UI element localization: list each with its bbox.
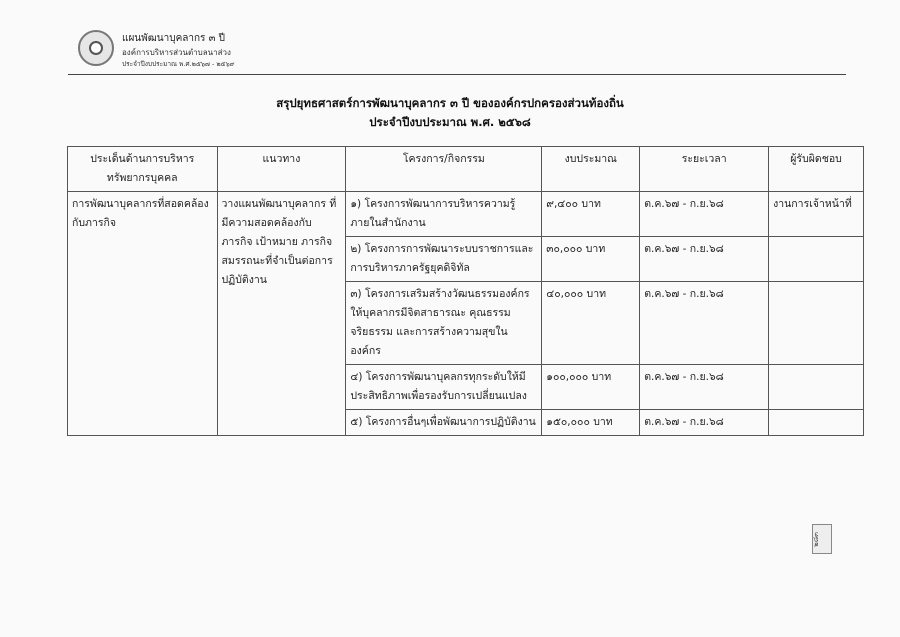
- document-title: สรุปยุทธศาสตร์การพัฒนาบุคลากร ๓ ปี ขององ…: [0, 95, 900, 113]
- plan-name: แผนพัฒนาบุคลากร ๓ ปี: [122, 31, 225, 46]
- budget-cell: ๑๕๐,๐๐๐ บาท: [542, 410, 640, 436]
- document-subtitle: ประจำปีงบประมาณ พ.ศ. ๒๕๖๘: [0, 114, 900, 132]
- project-cell: ๑) โครงการพัฒนาการบริหารความรู้ภายในสำนั…: [346, 192, 542, 237]
- period-cell: ต.ค.๖๗ - ก.ย.๖๘: [640, 365, 769, 410]
- organization-name: องค์การบริหารส่วนตำบลนาส่วง: [122, 46, 231, 59]
- responsible-cell: [769, 237, 864, 282]
- strategy-table: ประเด็นด้านการบริหารทรัพยากรบุคคล แนวทาง…: [67, 146, 864, 436]
- budget-cell: ๙,๔๐๐ บาท: [542, 192, 640, 237]
- organization-seal-icon: [78, 30, 114, 66]
- page-number: ๒๘๓: [811, 532, 822, 547]
- project-cell: ๕) โครงการอื่นๆเพื่อพัฒนาการปฏิบัติงาน: [346, 410, 542, 436]
- header-budget: งบประมาณ: [542, 147, 640, 192]
- header-period: ระยะเวลา: [640, 147, 769, 192]
- header-project: โครงการ/กิจกรรม: [346, 147, 542, 192]
- project-cell: ๒) โครงการการพัฒนาระบบราชการและการบริหาร…: [346, 237, 542, 282]
- fiscal-year-range: ประจำปีงบประมาณ พ.ศ.๒๕๖๗ - ๒๕๖๙: [122, 59, 234, 69]
- budget-cell: ๓๐,๐๐๐ บาท: [542, 237, 640, 282]
- header-responsible: ผู้รับผิดชอบ: [769, 147, 864, 192]
- project-cell: ๔) โครงการพัฒนาบุคลกรทุกระดับให้มีประสิท…: [346, 365, 542, 410]
- responsible-cell: งานการเจ้าหน้าที่: [769, 192, 864, 237]
- table-header-row: ประเด็นด้านการบริหารทรัพยากรบุคคล แนวทาง…: [68, 147, 864, 192]
- budget-cell: ๑๐๐,๐๐๐ บาท: [542, 365, 640, 410]
- period-cell: ต.ค.๖๗ - ก.ย.๖๘: [640, 282, 769, 365]
- responsible-cell: [769, 365, 864, 410]
- responsible-cell: [769, 282, 864, 365]
- header-approach: แนวทาง: [217, 147, 346, 192]
- approach-cell: วางแผนพัฒนาบุคลากร ที่มีความสอดคล้องกับภ…: [217, 192, 346, 436]
- header-issue: ประเด็นด้านการบริหารทรัพยากรบุคคล: [68, 147, 218, 192]
- project-cell: ๓) โครงการเสริมสร้างวัฒนธรรมองค์กรให้บุค…: [346, 282, 542, 365]
- budget-cell: ๔๐,๐๐๐ บาท: [542, 282, 640, 365]
- period-cell: ต.ค.๖๗ - ก.ย.๖๘: [640, 237, 769, 282]
- period-cell: ต.ค.๖๗ - ก.ย.๖๘: [640, 410, 769, 436]
- header-divider: [68, 74, 846, 75]
- document-header: แผนพัฒนาบุคลากร ๓ ปี องค์การบริหารส่วนตำ…: [76, 28, 846, 74]
- responsible-cell: [769, 410, 864, 436]
- page-number-box: ๒๘๓: [812, 524, 832, 554]
- period-cell: ต.ค.๖๗ - ก.ย.๖๘: [640, 192, 769, 237]
- table-row: การพัฒนาบุคลากรที่สอดคล้องกับภารกิจ วางแ…: [68, 192, 864, 237]
- issue-cell: การพัฒนาบุคลากรที่สอดคล้องกับภารกิจ: [68, 192, 218, 436]
